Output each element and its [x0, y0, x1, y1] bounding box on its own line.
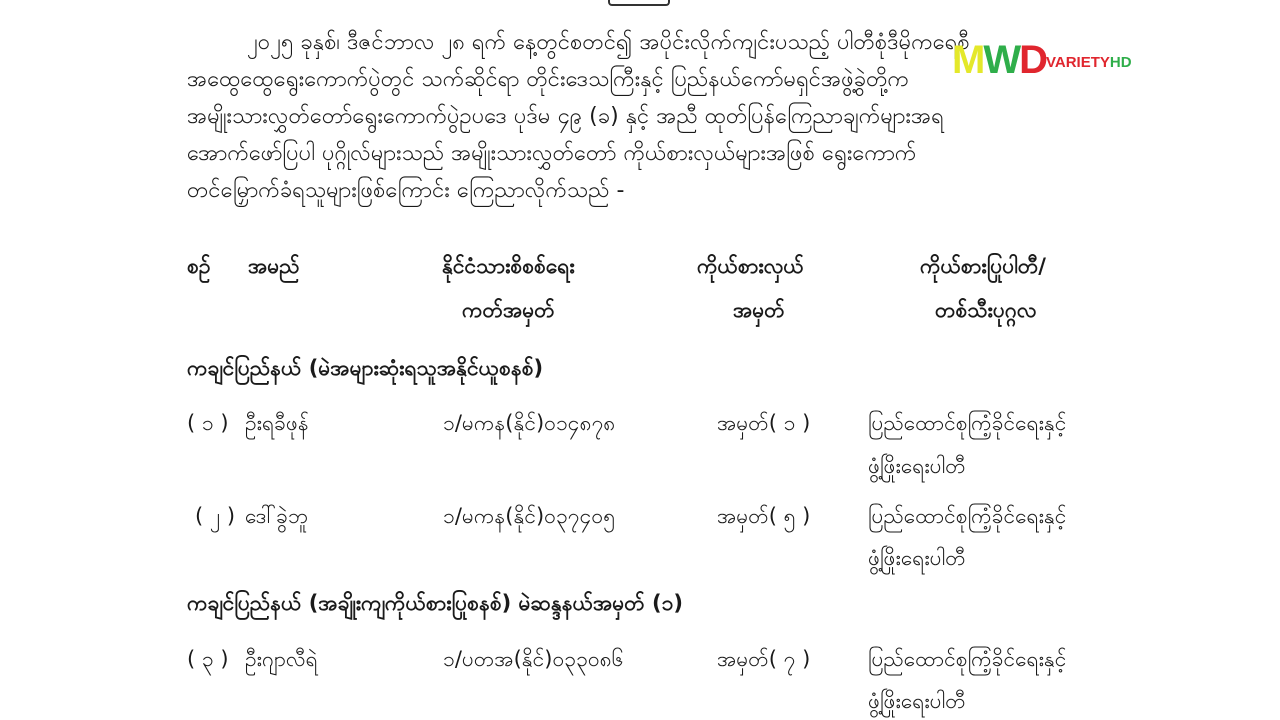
logo-letter-d: D [1019, 42, 1048, 78]
row-serial: ( ၂ ) [195, 503, 235, 534]
section-title: ကချင်ပြည်နယ် (အချိုးကျကိုယ်စားပြုစနစ်) မ… [187, 590, 683, 621]
header-constituency: ကိုယ်စားလှယ် [697, 253, 804, 284]
header-party: ကိုယ်စားပြုပါတီ/ [920, 253, 1046, 284]
row-party-line2: ဖွံ့ဖြိုးရေးပါတီ [868, 688, 966, 719]
logo-variety: VARIETY [1046, 54, 1110, 72]
header-serial: စဉ် [187, 253, 210, 284]
logo-letter-w: W [983, 42, 1019, 78]
row-party-line2: ဖွံ့ဖြိုးရေးပါတီ [868, 453, 966, 484]
row-party: ပြည်ထောင်စုကြံ့ခိုင်ရေးနှင့် [868, 503, 1066, 534]
logo-letter-m: M [952, 42, 983, 78]
row-constituency: အမှတ်( ၁ ) [717, 410, 810, 441]
header-party-line2: တစ်သီးပုဂ္ဂလ [935, 297, 1037, 328]
row-nrc: ၁/ပတအ(နိုင်)၀၃၃၀၈၆ [443, 646, 624, 677]
cropped-heading-fragment [608, 0, 670, 6]
row-constituency: အမှတ်( ၅ ) [717, 503, 810, 534]
header-nrc-line2: ကတ်အမှတ် [462, 297, 555, 328]
row-nrc: ၁/မကန(နိုင်)၀၃၇၄၀၅ [443, 503, 615, 534]
row-party-line2: ဖွံ့ဖြိုးရေးပါတီ [868, 545, 966, 576]
row-name: ဦးရခီဖုန် [245, 410, 309, 441]
header-name: အမည် [248, 253, 300, 284]
header-nrc: နိုင်ငံသားစိစစ်ရေး [442, 253, 575, 284]
row-serial: ( ၁ ) [187, 410, 229, 441]
row-constituency: အမှတ်( ၇ ) [717, 646, 810, 677]
paragraph-line: အမျိုးသားလွှတ်တော်ရွေးကောက်ပွဲဥပဒေ ပုဒ်မ… [187, 98, 1137, 135]
header-constituency-line2: အမှတ် [733, 297, 785, 328]
logo-hd: HD [1110, 54, 1132, 72]
row-name: ဦးဂျာလီရဲ [245, 646, 318, 677]
section-title: ကချင်ပြည်နယ် (မဲအများဆုံးရသူအနိုင်ယူစနစ်… [187, 355, 543, 386]
row-party: ပြည်ထောင်စုကြံ့ခိုင်ရေးနှင့် [868, 410, 1066, 441]
mwd-variety-hd-logo: M W D VARIETY HD [952, 38, 1132, 78]
row-party: ပြည်ထောင်စုကြံ့ခိုင်ရေးနှင့် [868, 646, 1066, 677]
row-name: ဒေါ်ခွဲဘူ [245, 503, 308, 534]
paragraph-line: တင်မြှောက်ခံရသူများဖြစ်ကြောင်း ကြေညာလိုက… [187, 172, 1137, 209]
row-nrc: ၁/မကန(နိုင်)၀၁၄၈၇၈ [443, 410, 615, 441]
row-serial: ( ၃ ) [187, 646, 229, 677]
paragraph-line: အောက်ဖော်ပြပါ ပုဂ္ဂိုလ်များသည် အမျိုးသား… [187, 135, 1137, 172]
